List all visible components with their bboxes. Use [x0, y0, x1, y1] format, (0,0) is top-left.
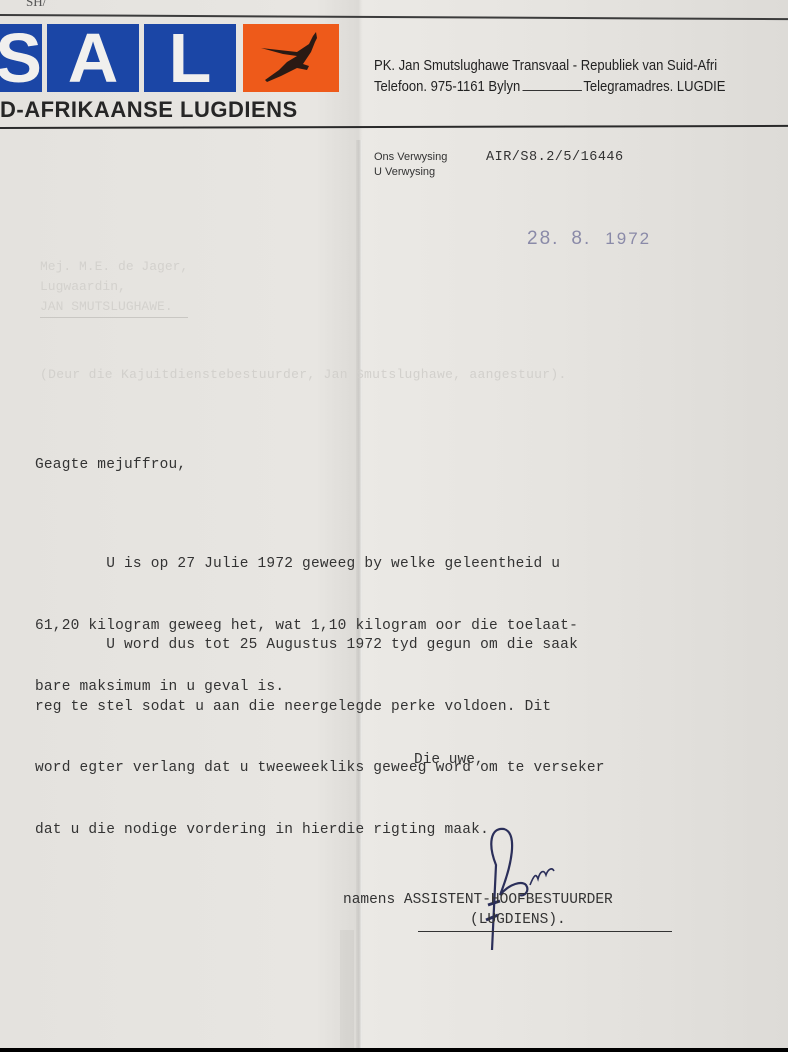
springbok-icon: [243, 24, 339, 92]
addressee-location: JAN SMUTSLUGHAWE.: [40, 297, 188, 318]
logo-letter-l: L: [144, 24, 236, 92]
your-reference-label: U Verwysing: [374, 165, 486, 179]
forwarding-note: (Deur die Kajuitdienstebestuurder, Jan S…: [40, 367, 567, 382]
addressee-block: Mej. M.E. de Jager, Lugwaardin, JAN SMUT…: [40, 257, 188, 318]
logo-letter-a: A: [47, 24, 139, 92]
our-reference-value: AIR/S8.2/5/16446: [486, 150, 624, 165]
paragraph-line: U word dus tot 25 Augustus 1972 tyd gegu…: [35, 635, 605, 656]
contact-line: Telefoon. 975-1161 BylynTelegramadres. L…: [374, 77, 725, 98]
date-month: 8.: [571, 228, 591, 249]
phone-text: Telefoon. 975-1161 Bylyn: [374, 79, 520, 95]
paragraph-line: U is op 27 Julie 1972 geweeg by welke ge…: [35, 554, 578, 575]
closing: Die uwe,: [414, 752, 484, 768]
header-rule-top: [0, 14, 788, 20]
addressee-title: Lugwaardin,: [40, 277, 188, 297]
date-year: 1972: [605, 229, 651, 248]
sal-logo: S A L: [0, 24, 339, 96]
header-rule-bottom: [0, 125, 788, 129]
addressee-name: Mej. M.E. de Jager,: [40, 257, 188, 277]
paragraph-line: word egter verlang dat u tweeweekliks ge…: [35, 758, 605, 779]
salutation: Geagte mejuffrou,: [35, 455, 186, 476]
date-stamp: 28.8.1972: [527, 228, 651, 250]
telegram-text: Telegramadres. LUGDIE: [583, 79, 725, 95]
org-name: D-AFRIKAANSE LUGDIENS: [0, 97, 298, 123]
date-day: 28.: [527, 228, 559, 249]
paragraph-line: reg te stel sodat u aan die neergelegde …: [35, 697, 605, 718]
top-mark: SH/: [26, 0, 46, 10]
reference-block: Ons VerwysingAIR/S8.2/5/16446 U Verwysin…: [374, 150, 624, 180]
signatory-department: (LUGDIENS).: [470, 912, 566, 928]
letter-page: SH/ S A L D-AFRIKAANSE LUGDIENS PK. Jan …: [0, 0, 788, 1048]
address-line: PK. Jan Smutslughawe Transvaal - Republi…: [374, 56, 725, 77]
signatory-title: namens ASSISTENT-HOOFBESTUURDER: [343, 892, 613, 908]
signature-rule: [418, 931, 672, 932]
letterhead-address: PK. Jan Smutslughawe Transvaal - Republi…: [374, 56, 725, 98]
blank-line: [522, 90, 581, 91]
paper-shadow: [340, 930, 354, 1048]
logo-letter-s: S: [0, 24, 42, 92]
our-reference-label: Ons Verwysing: [374, 150, 486, 164]
